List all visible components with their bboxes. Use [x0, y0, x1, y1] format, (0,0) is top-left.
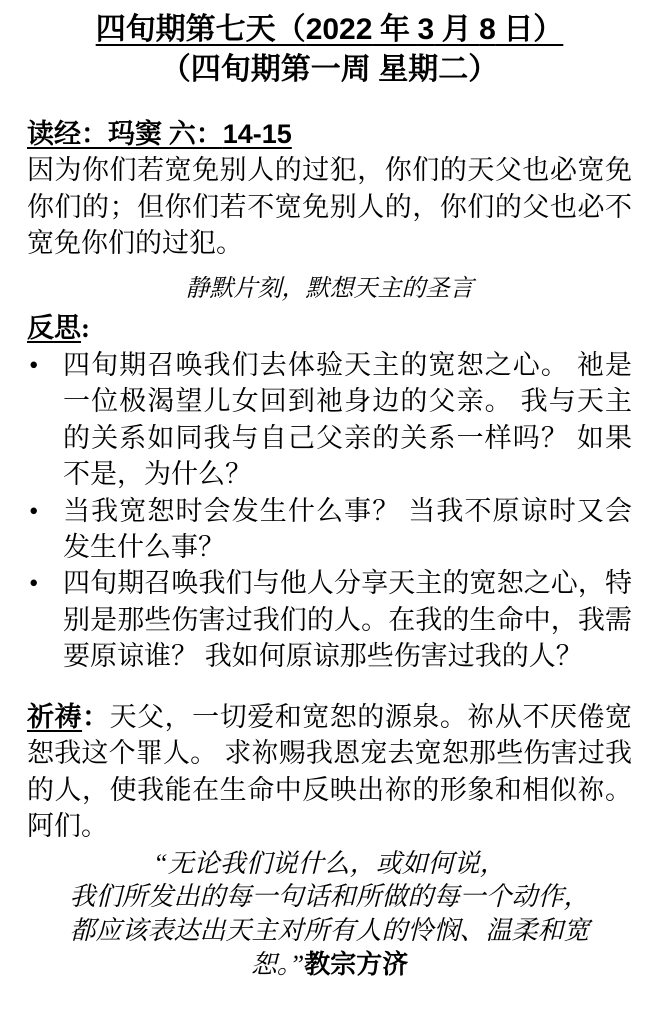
meditation-instruction: 静默片刻，默想天主的圣言	[27, 274, 632, 305]
reflection-colon: :	[81, 313, 90, 343]
reflection-item-text: 四旬期召唤我们去体验天主的宽恕之心。 祂是一位极渴望儿女回到祂身边的父亲。 我与…	[63, 350, 632, 489]
bullet-icon: •	[29, 565, 38, 601]
title-year: 2022	[306, 13, 373, 46]
reading-label: 读经：玛窦 六：	[27, 119, 223, 149]
title-year-unit: 年	[372, 13, 417, 46]
quote-line-4: 恕。”教宗方济	[27, 948, 632, 982]
title-day: 8	[479, 13, 496, 46]
pope-quote: “无论我们说什么，或如何说， 我们所发出的每一句话和所做的每一个动作， 都应该表…	[27, 847, 632, 982]
title-block: 四旬期第七天（2022 年 3 月 8 日） （四旬期第一周 星期二）	[27, 10, 632, 90]
reflection-list: • 四旬期召唤我们去体验天主的宽恕之心。 祂是一位极渴望儿女回到祂身边的父亲。 …	[27, 347, 632, 675]
reflection-item-text: 当我宽恕时会发生什么事？ 当我不原谅时又会发生什么事？	[63, 496, 632, 562]
title-date-line: 四旬期第七天（2022 年 3 月 8 日）	[96, 13, 564, 46]
title-month-unit: 月	[434, 13, 479, 46]
reading-heading: 读经：玛窦 六：14-15	[27, 116, 632, 152]
reflection-item-2: • 当我宽恕时会发生什么事？ 当我不原谅时又会发生什么事？	[27, 493, 632, 566]
reflection-item-1: • 四旬期召唤我们去体验天主的宽恕之心。 祂是一位极渴望儿女回到祂身边的父亲。 …	[27, 347, 632, 493]
reflection-item-text: 四旬期召唤我们与他人分享天主的宽恕之心，特别是那些伤害过我们的人。在我的生命中，…	[63, 568, 632, 671]
quote-line-2: 我们所发出的每一句话和所做的每一个动作，	[27, 880, 632, 914]
title-suffix: 日）	[496, 13, 564, 46]
prayer-label: 祈祷	[27, 702, 82, 732]
bullet-icon: •	[29, 347, 38, 383]
quote-closing: 恕。”	[251, 950, 304, 979]
bullet-icon: •	[29, 493, 38, 529]
page-title: 四旬期第七天（2022 年 3 月 8 日）	[27, 10, 632, 50]
quote-line-1: “无论我们说什么，或如何说，	[27, 847, 632, 881]
scripture-text: 因为你们若宽免别人的过犯，你们的天父也必宽免你们的；但你们若不宽免别人的，你们的…	[27, 152, 632, 261]
reflection-item-3: • 四旬期召唤我们与他人分享天主的宽恕之心，特别是那些伤害过我们的人。在我的生命…	[27, 565, 632, 674]
prayer-colon: ：	[82, 702, 110, 732]
prayer-text: 天父，一切爱和宽恕的源泉。祢从不厌倦宽恕我这个罪人。 求祢赐我恩宠去宽恕那些伤害…	[27, 702, 632, 841]
page-subtitle: （四旬期第一周 星期二）	[27, 50, 632, 90]
title-month: 3	[417, 13, 434, 46]
reflection-label: 反思	[27, 313, 81, 343]
reflection-heading: 反思:	[27, 311, 632, 346]
prayer-paragraph: 祈祷：天父，一切爱和宽恕的源泉。祢从不厌倦宽恕我这个罪人。 求祢赐我恩宠去宽恕那…	[27, 699, 632, 845]
quote-line-3: 都应该表达出天主对所有人的怜悯、温柔和宽	[27, 914, 632, 948]
reading-verses: 14-15	[223, 119, 292, 149]
title-prefix: 四旬期第七天（	[96, 13, 306, 46]
quote-attribution: 教宗方济	[304, 950, 408, 979]
reading-reference: 读经：玛窦 六：14-15	[27, 119, 292, 149]
devotional-page: 四旬期第七天（2022 年 3 月 8 日） （四旬期第一周 星期二） 读经：玛…	[0, 0, 659, 1024]
